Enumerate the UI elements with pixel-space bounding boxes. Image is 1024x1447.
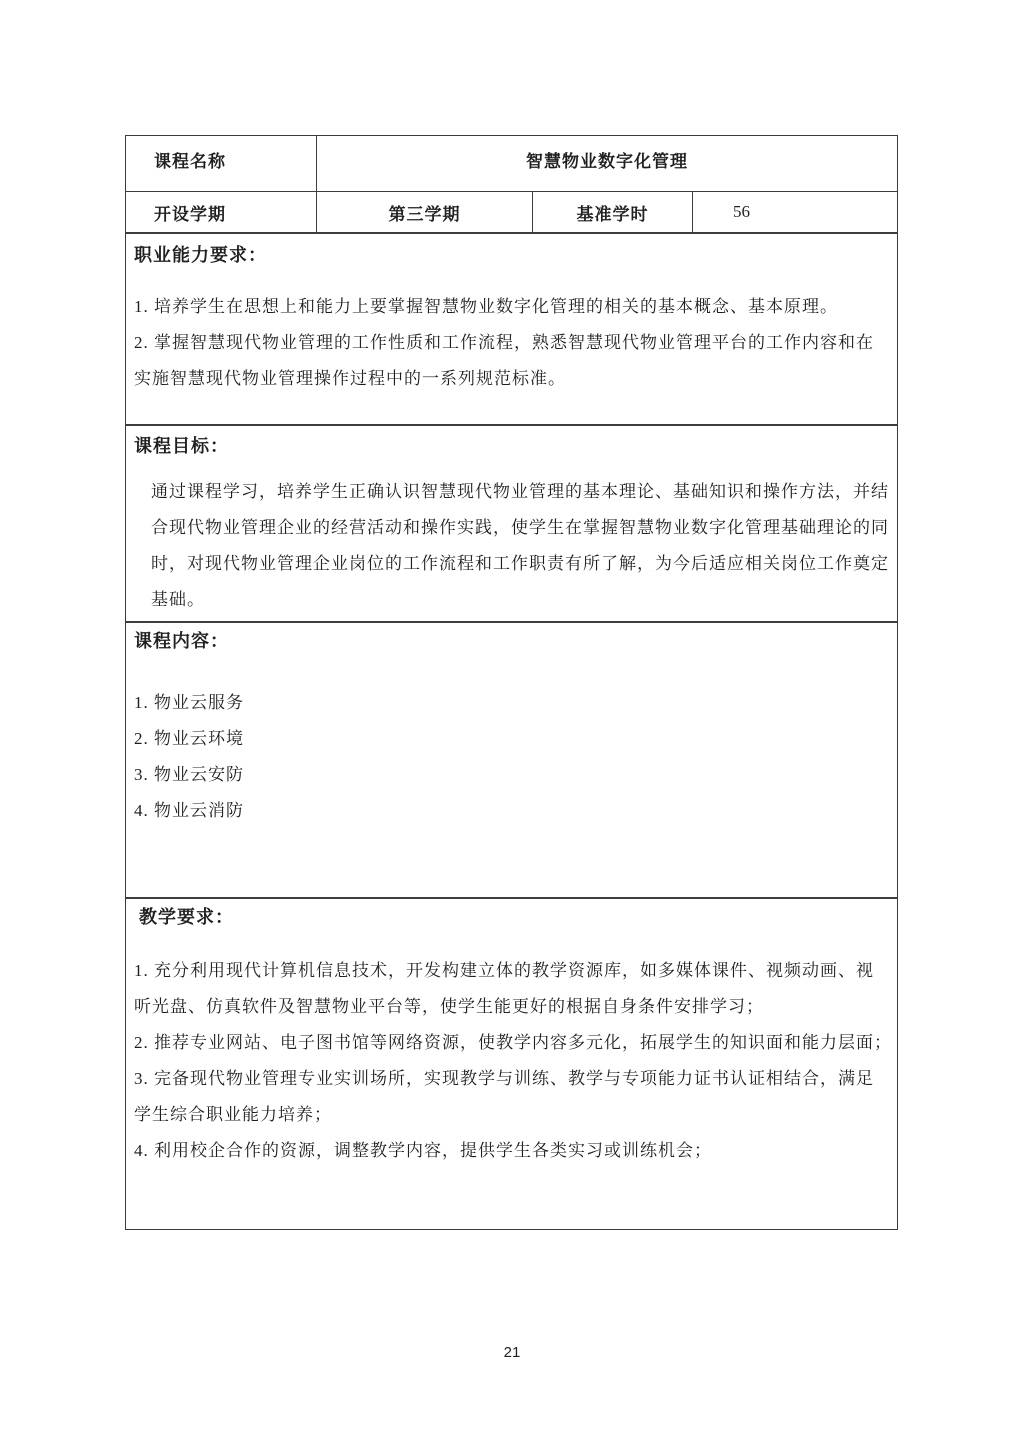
text-line: 4. 利用校企合作的资源，调整教学内容，提供学生各类实习或训练机会； [134, 1133, 889, 1169]
content-list-item: 1. 物业云服务 [134, 685, 889, 721]
course-name-row: 课程名称 智慧物业数字化管理 [126, 136, 897, 192]
section-title: 教学要求： [139, 899, 889, 935]
section-title: 职业能力要求： [134, 237, 889, 273]
section-title: 课程内容： [134, 623, 889, 659]
page-number: 21 [0, 1344, 1024, 1361]
semester-value-cell: 第三学期 [317, 192, 533, 232]
ability-requirements-row: 职业能力要求： 1. 培养学生在思想上和能力上要掌握智慧物业数字化管理的相关的基… [126, 234, 897, 426]
text-line: 听光盘、仿真软件及智慧物业平台等，使学生能更好的根据自身条件安排学习； [134, 989, 889, 1025]
semester-label: 开设学期 [154, 200, 226, 225]
hours-value: 56 [733, 202, 750, 222]
course-content-section: 课程内容： 1. 物业云服务 2. 物业云环境 3. 物业云安防 4. 物业云消… [126, 623, 897, 897]
text-line: 2. 掌握智慧现代物业管理的工作性质和工作流程，熟悉智慧现代物业管理平台的工作内… [134, 325, 889, 361]
content-list-item: 3. 物业云安防 [134, 757, 889, 793]
text-line: 基础。 [151, 582, 889, 618]
text-line: 学生综合职业能力培养； [134, 1097, 889, 1133]
hours-value-cell: 56 [693, 192, 897, 232]
teaching-requirements-row: 教学要求： 1. 充分利用现代计算机信息技术，开发构建立体的教学资源库，如多媒体… [126, 899, 897, 1229]
text-line: 实施智慧现代物业管理操作过程中的一系列规范标准。 [134, 361, 889, 397]
document-page: 课程名称 智慧物业数字化管理 开设学期 第三学期 基准学时 56 职业能 [0, 0, 1024, 1447]
text-line: 1. 充分利用现代计算机信息技术，开发构建立体的教学资源库，如多媒体课件、视频动… [134, 953, 889, 989]
course-objectives-section: 课程目标： 通过课程学习，培养学生正确认识智慧现代物业管理的基本理论、基础知识和… [126, 426, 897, 621]
course-name-value: 智慧物业数字化管理 [526, 152, 688, 171]
text-line: 通过课程学习，培养学生正确认识智慧现代物业管理的基本理论、基础知识和操作方法，并… [151, 474, 889, 510]
course-syllabus-table: 课程名称 智慧物业数字化管理 开设学期 第三学期 基准学时 56 职业能 [125, 135, 898, 1230]
objectives-paragraph: 通过课程学习，培养学生正确认识智慧现代物业管理的基本理论、基础知识和操作方法，并… [151, 474, 889, 618]
course-objectives-row: 课程目标： 通过课程学习，培养学生正确认识智慧现代物业管理的基本理论、基础知识和… [126, 426, 897, 623]
ability-requirements-section: 职业能力要求： 1. 培养学生在思想上和能力上要掌握智慧物业数字化管理的相关的基… [126, 234, 897, 424]
section-title: 课程目标： [134, 428, 889, 464]
content-list-item: 4. 物业云消防 [134, 793, 889, 829]
hours-label: 基准学时 [577, 200, 649, 225]
semester-label-cell: 开设学期 [126, 192, 317, 232]
text-line: 时，对现代物业管理企业岗位的工作流程和工作职责有所了解，为今后适应相关岗位工作奠… [151, 546, 889, 582]
text-line: 1. 培养学生在思想上和能力上要掌握智慧物业数字化管理的相关的基本概念、基本原理… [134, 289, 889, 325]
course-content-row: 课程内容： 1. 物业云服务 2. 物业云环境 3. 物业云安防 4. 物业云消… [126, 623, 897, 899]
teaching-requirements-section: 教学要求： 1. 充分利用现代计算机信息技术，开发构建立体的教学资源库，如多媒体… [126, 899, 897, 1229]
text-line: 3. 完备现代物业管理专业实训场所，实现教学与训练、教学与专项能力证书认证相结合… [134, 1061, 889, 1097]
semester-value: 第三学期 [389, 200, 461, 225]
text-line: 合现代物业管理企业的经营活动和操作实践，使学生在掌握智慧物业数字化管理基础理论的… [151, 510, 889, 546]
hours-label-cell: 基准学时 [533, 192, 693, 232]
content-list-item: 2. 物业云环境 [134, 721, 889, 757]
text-line: 2. 推荐专业网站、电子图书馆等网络资源，使教学内容多元化，拓展学生的知识面和能… [134, 1025, 889, 1061]
course-name-label-cell: 课程名称 [126, 136, 317, 191]
semester-hours-row: 开设学期 第三学期 基准学时 56 [126, 192, 897, 234]
course-name-value-cell: 智慧物业数字化管理 [317, 136, 897, 191]
course-name-label: 课程名称 [154, 152, 226, 171]
